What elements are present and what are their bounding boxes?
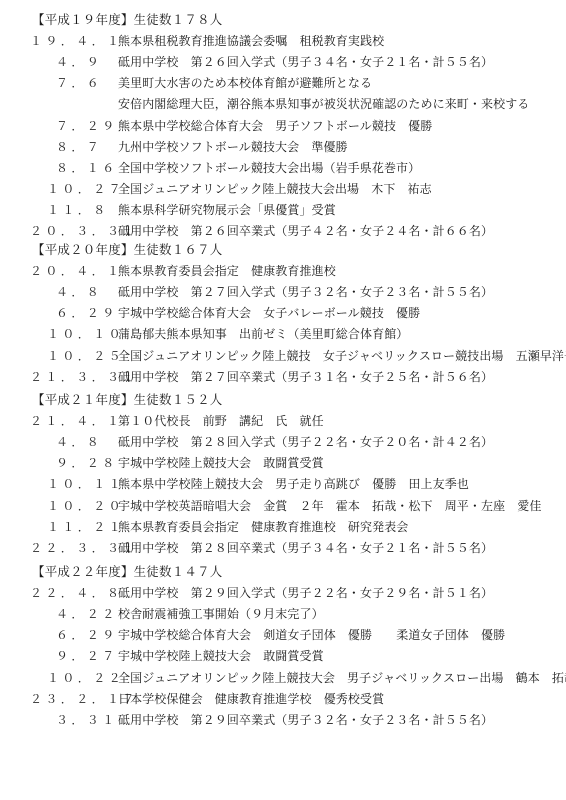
event-text: 宇城中学校陸上競技大会 敢闘賞受賞 xyxy=(118,455,324,471)
event-text: 全国ジュニアオリンピック陸上競技大会 男子ジャベリックスロー出場 鶴本 拓哉 xyxy=(118,670,566,686)
event-date: ９．２７ xyxy=(56,648,126,664)
event-row: ７．６ 美里町大水害のため本校体育館が避難所となる xyxy=(0,75,566,95)
event-date: １０．２２ xyxy=(47,670,117,686)
event-date: ４．９ xyxy=(56,54,126,70)
event-text: 砥用中学校 第２６回入学式（男子３４名・女子２１名・計５５名） xyxy=(118,54,493,70)
event-text: 日本学校保健会 健康教育推進学校 優秀校受賞 xyxy=(118,691,384,707)
event-date: ７．２９ xyxy=(56,118,126,134)
event-text: 熊本県教育委員会指定 健康教育推進校 研究発表会 xyxy=(118,519,408,535)
event-text: 九州中学校ソフトボール競技大会 準優勝 xyxy=(118,139,348,155)
event-row: １０．２２ 全国ジュニアオリンピック陸上競技大会 男子ジャベリックスロー出場 鶴… xyxy=(0,670,566,690)
event-date: １０．１０ xyxy=(47,326,117,342)
event-text: 熊本県中学校陸上競技大会 男子走り高跳び 優勝 田上友季也 xyxy=(118,476,469,492)
event-date: ６．２９ xyxy=(56,305,126,321)
event-text: 砥用中学校 第２７回卒業式（男子３１名・女子２５名・計５６名） xyxy=(118,369,493,385)
event-row: ６．２９ 宇城中学校総合体育大会 女子バレーボール競技 優勝 xyxy=(0,305,566,325)
event-date: １０．２０ xyxy=(47,498,117,514)
event-date: １０．２５ xyxy=(47,348,117,364)
event-row: ８．７ 九州中学校ソフトボール競技大会 準優勝 xyxy=(0,139,566,159)
document-page: 【平成１９年度】生徒数１７８人 １９．４．１ 熊本県租税教育推進協議会委嘱 租税… xyxy=(0,0,566,800)
event-date: １１．８ xyxy=(47,202,117,218)
event-row: ３．３１ 砥用中学校 第２９回卒業式（男子３２名・女子２３名・計５５名） xyxy=(0,712,566,732)
event-date: ４．８ xyxy=(56,284,126,300)
event-row: ４．８ 砥用中学校 第２８回入学式（男子２２名・女子２０名・計４２名） xyxy=(0,434,566,454)
event-row: ２２．３．３１ 砥用中学校 第２８回卒業式（男子３４名・女子２１名・計５５名） xyxy=(0,540,566,560)
event-text: 第１０代校長 前野 講紀 氏 就任 xyxy=(118,413,324,429)
event-row: ９．２８ 宇城中学校陸上競技大会 敢闘賞受賞 xyxy=(0,455,566,475)
event-row: １１．８ 熊本県科学研究物展示会「県優賞」受賞 xyxy=(0,202,566,222)
event-row: ６．２９ 宇城中学校総合体育大会 剣道女子団体 優勝 柔道女子団体 優勝 xyxy=(0,627,566,647)
section-header: 【平成２０年度】生徒数１６７人 xyxy=(32,242,223,258)
event-row: ２０．４．１ 熊本県教育委員会指定 健康教育推進校 xyxy=(0,263,566,283)
event-text: 宇城中学校英語暗唱大会 金賞 ２年 霍本 拓哉・松下 周平・左座 愛佳 xyxy=(118,498,542,514)
event-text: 全国ジュニアオリンピック陸上競技 女子ジャベリックスロー競技出場 五瀬早洋子 xyxy=(118,348,566,364)
event-row: １０．１１ 熊本県中学校陸上競技大会 男子走り高跳び 優勝 田上友季也 xyxy=(0,476,566,496)
event-row: ４．９ 砥用中学校 第２６回入学式（男子３４名・女子２１名・計５５名） xyxy=(0,54,566,74)
event-text: 砥用中学校 第２８回卒業式（男子３４名・女子２１名・計５５名） xyxy=(118,540,493,556)
event-date: ２０．４．１ xyxy=(30,263,100,279)
event-text: 宇城中学校総合体育大会 剣道女子団体 優勝 柔道女子団体 優勝 xyxy=(118,627,505,643)
event-text: 全国中学校ソフトボール競技大会出場（岩手県花巻市） xyxy=(118,160,420,176)
event-date: ８．１６ xyxy=(56,160,126,176)
event-text: 砥用中学校 第２９回卒業式（男子３２名・女子２３名・計５５名） xyxy=(118,712,493,728)
event-date: １９．４．１ xyxy=(30,33,100,49)
event-row: ２１．３．３１ 砥用中学校 第２７回卒業式（男子３１名・女子２５名・計５６名） xyxy=(0,369,566,389)
event-row: １１．２１ 熊本県教育委員会指定 健康教育推進校 研究発表会 xyxy=(0,519,566,539)
event-row: ２２．４．８ 砥用中学校 第２９回入学式（男子２２名・女子２９名・計５１名） xyxy=(0,585,566,605)
event-text: 校舎耐震補強工事開始（９月末完了） xyxy=(118,606,324,622)
event-row: ８．１６ 全国中学校ソフトボール競技大会出場（岩手県花巻市） xyxy=(0,160,566,180)
event-date: ２１．４．１ xyxy=(30,413,100,429)
section-header: 【平成２１年度】生徒数１５２人 xyxy=(32,392,223,408)
event-text: 安倍内閣総理大臣，潮谷熊本県知事が被災状況確認のために来町・来校する xyxy=(118,96,529,112)
event-date: １０．２７ xyxy=(47,181,117,197)
event-row: ２３．２．１７ 日本学校保健会 健康教育推進学校 優秀校受賞 xyxy=(0,691,566,711)
event-text: 熊本県中学校総合体育大会 男子ソフトボール競技 優勝 xyxy=(118,118,432,134)
event-text: 熊本県教育委員会指定 健康教育推進校 xyxy=(118,263,336,279)
event-text: 宇城中学校総合体育大会 女子バレーボール競技 優勝 xyxy=(118,305,420,321)
event-date: ２３．２．１７ xyxy=(30,691,100,707)
event-text: 熊本県租税教育推進協議会委嘱 租税教育実践校 xyxy=(118,33,384,49)
event-date: ２１．３．３１ xyxy=(30,369,100,385)
event-date: ７．６ xyxy=(56,75,126,91)
event-row: １０．１０ 蒲島郁夫熊本県知事 出前ゼミ（美里町総合体育館） xyxy=(0,326,566,346)
event-date: ２２．４．８ xyxy=(30,585,100,601)
event-text: 砥用中学校 第２６回卒業式（男子４２名・女子２４名・計６６名） xyxy=(118,223,493,239)
event-date: ２０．３．３１ xyxy=(30,223,100,239)
event-text: 全国ジュニアオリンピック陸上競技大会出場 木下 祐志 xyxy=(118,181,432,197)
event-text: 砥用中学校 第２８回入学式（男子２２名・女子２０名・計４２名） xyxy=(118,434,493,450)
event-date: ４．２２ xyxy=(56,606,126,622)
event-text: 宇城中学校陸上競技大会 敢闘賞受賞 xyxy=(118,648,324,664)
event-row: １０．２５ 全国ジュニアオリンピック陸上競技 女子ジャベリックスロー競技出場 五… xyxy=(0,348,566,368)
event-row: 安倍内閣総理大臣，潮谷熊本県知事が被災状況確認のために来町・来校する xyxy=(0,96,566,116)
event-row: ４．８ 砥用中学校 第２７回入学式（男子３２名・女子２３名・計５５名） xyxy=(0,284,566,304)
event-row: ２１．４．１ 第１０代校長 前野 講紀 氏 就任 xyxy=(0,413,566,433)
event-row: １９．４．１ 熊本県租税教育推進協議会委嘱 租税教育実践校 xyxy=(0,33,566,53)
section-header: 【平成１９年度】生徒数１７８人 xyxy=(32,12,223,28)
event-text: 美里町大水害のため本校体育館が避難所となる xyxy=(118,75,372,91)
event-date: １１．２１ xyxy=(47,519,117,535)
event-date: ６．２９ xyxy=(56,627,126,643)
event-row: ２０．３．３１ 砥用中学校 第２６回卒業式（男子４２名・女子２４名・計６６名） xyxy=(0,223,566,243)
event-row: １０．２７ 全国ジュニアオリンピック陸上競技大会出場 木下 祐志 xyxy=(0,181,566,201)
event-row: ９．２７ 宇城中学校陸上競技大会 敢闘賞受賞 xyxy=(0,648,566,668)
event-date: ９．２８ xyxy=(56,455,126,471)
event-row: ４．２２ 校舎耐震補強工事開始（９月末完了） xyxy=(0,606,566,626)
event-date: １０．１１ xyxy=(47,476,117,492)
event-row: １０．２０ 宇城中学校英語暗唱大会 金賞 ２年 霍本 拓哉・松下 周平・左座 愛… xyxy=(0,498,566,518)
event-date: ８．７ xyxy=(56,139,126,155)
event-text: 蒲島郁夫熊本県知事 出前ゼミ（美里町総合体育館） xyxy=(118,326,408,342)
event-date: ２２．３．３１ xyxy=(30,540,100,556)
event-text: 熊本県科学研究物展示会「県優賞」受賞 xyxy=(118,202,336,218)
section-header: 【平成２２年度】生徒数１４７人 xyxy=(32,564,223,580)
event-date: ４．８ xyxy=(56,434,126,450)
event-text: 砥用中学校 第２７回入学式（男子３２名・女子２３名・計５５名） xyxy=(118,284,493,300)
event-row: ７．２９ 熊本県中学校総合体育大会 男子ソフトボール競技 優勝 xyxy=(0,118,566,138)
event-date: ３．３１ xyxy=(56,712,126,728)
event-text: 砥用中学校 第２９回入学式（男子２２名・女子２９名・計５１名） xyxy=(118,585,493,601)
